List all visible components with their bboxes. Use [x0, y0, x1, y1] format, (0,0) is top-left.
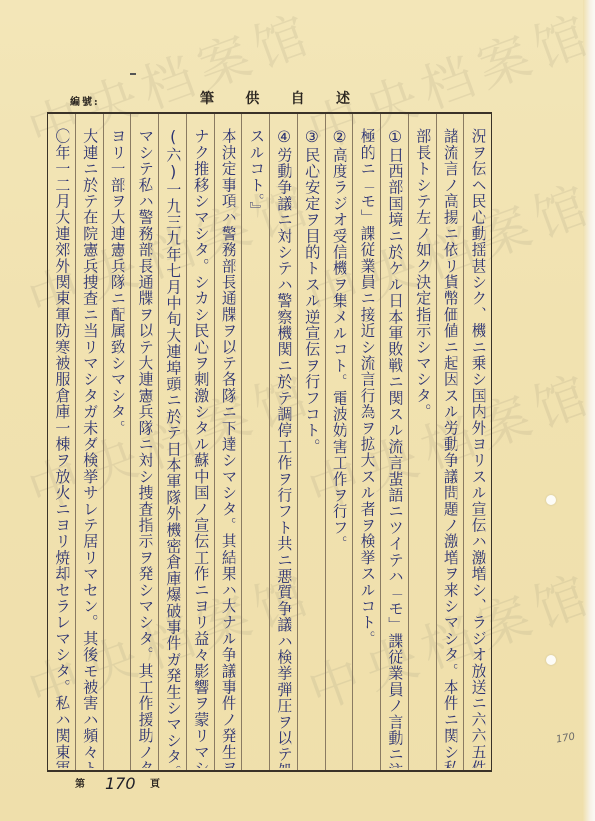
column-text: ①日西部国境ニ於ケル日本軍敗戦ニ関スル流言蜚語ニツイテハ「モ」諜従業員ノ言動ニ注… [387, 128, 403, 768]
manuscript-column: ①日西部国境ニ於ケル日本軍敗戦ニ関スル流言蜚語ニツイテハ「モ」諜従業員ノ言動ニ注… [380, 114, 408, 770]
page-edge [583, 0, 595, 821]
column-text: 況ヲ伝ヘ民心動揺甚シク、機ニ乗シ国内外ヨリスル宣伝ハ激増シ、ラジオ放送ニ六六五件… [470, 128, 486, 768]
manuscript-column: 況ヲ伝ヘ民心動揺甚シク、機ニ乗シ国内外ヨリスル宣伝ハ激増シ、ラジオ放送ニ六六五件… [463, 114, 491, 770]
manuscript-column: 〇年一二月大連郊外関東軍防寒被服倉庫一棟ヲ放火ニヨリ焼却セラレマシタ。私ハ関東軍… [48, 114, 75, 770]
column-text: 大連ニ於テ在院憲兵捜査ニ当リマシタガ未ダ検挙サレテ居リマセン。其後モ被害ハ頻々ト… [81, 128, 97, 768]
column-text: マシテ私ハ警務部長通牒ヲ以テ大連憲兵隊ニ対シ捜査指示ヲ発シマシタ。其工作援助ノタ… [137, 128, 153, 768]
column-text: (六)一九三九年七月中旬大連埠頭ニ於テ日本軍隊外機密倉庫爆破事件ガ発生シマシタ。… [165, 128, 181, 768]
column-text: ③民心安定ヲ目的トスル逆宣伝ヲ行フコト。 [303, 128, 319, 768]
manuscript-column: ③民心安定ヲ目的トスル逆宣伝ヲ行フコト。 [297, 114, 325, 770]
manuscript-column: ②高度ラジオ受信機ヲ集メルコト。電波妨害工作ヲ行フ。 [325, 114, 353, 770]
page-number: 170 [105, 774, 136, 793]
column-text: 部長トシテ左ノ如ク決定指示シマシタ。 [414, 128, 430, 768]
manuscript-column: ④労動争議ニ対シテハ警察機関ニ於テ調停工作ヲ行フト共ニ悪質争議ハ検挙弾圧ヲ以テ処… [269, 114, 297, 770]
punch-hole [546, 495, 556, 505]
page-prefix: 第 [75, 775, 85, 790]
title-char: 自 [291, 88, 305, 108]
pencil-mark [130, 73, 136, 75]
punch-hole [546, 655, 556, 665]
title-char: 述 [336, 88, 350, 108]
manuscript-column: 極的ニ「モ」諜従業員ニ接近シ流言行為ヲ拡大スル者ヲ検挙スルコト。 [352, 114, 380, 770]
manuscript-column: 部長トシテ左ノ如ク決定指示シマシタ。 [408, 114, 436, 770]
manuscript-column: (六)一九三九年七月中旬大連埠頭ニ於テ日本軍隊外機密倉庫爆破事件ガ発生シマシタ。… [158, 114, 186, 770]
manuscript-column: 大連ニ於テ在院憲兵捜査ニ当リマシタガ未ダ検挙サレテ居リマセン。其後モ被害ハ頻々ト… [75, 114, 103, 770]
column-text: ヨリ一部ヲ大連憲兵隊ニ配属致シマシタ。 [109, 128, 125, 768]
column-text: ④労動争議ニ対シテハ警察機関ニ於テ調停工作ヲ行フト共ニ悪質争議ハ検挙弾圧ヲ以テ処… [276, 128, 292, 768]
manuscript-column: 本決定事項ハ警務部長通牒ヲ以テ各隊ニ下達シマシタ。其結果ハ大ナル争議事件ノ発生ヲ… [214, 114, 242, 770]
column-text: スルコト。』 [248, 128, 264, 768]
title-char: 供 [245, 88, 259, 108]
column-text: ナク推移シマシタ。シカシ民心ヲ刺激シタル蘇中国ノ宣伝工作ニヨリ益々影響ヲ蒙リマシ… [192, 128, 208, 768]
column-text: 本決定事項ハ警務部長通牒ヲ以テ各隊ニ下達シマシタ。其結果ハ大ナル争議事件ノ発生ヲ… [220, 128, 236, 768]
title-char: 筆 [200, 88, 214, 108]
manuscript-column: 諸流言ノ高揚ニ依リ貨幣価値ニ起因スル労動争議問題ノ激増ヲ来シマシタ。本件ニ関シ私… [436, 114, 464, 770]
margin-page-note: 170 [555, 731, 576, 745]
column-text: 極的ニ「モ」諜従業員ニ接近シ流言行為ヲ拡大スル者ヲ検挙スルコト。 [359, 128, 375, 768]
serial-number-label: 編號: [70, 93, 100, 108]
column-text: 〇年一二月大連郊外関東軍防寒被服倉庫一棟ヲ放火ニヨリ焼却セラレマシタ。私ハ関東軍… [54, 128, 70, 768]
page-suffix: 頁 [150, 775, 160, 790]
manuscript-column: ヨリ一部ヲ大連憲兵隊ニ配属致シマシタ。 [103, 114, 131, 770]
column-text: ②高度ラジオ受信機ヲ集メルコト。電波妨害工作ヲ行フ。 [331, 128, 347, 768]
manuscript-column: スルコト。』 [241, 114, 269, 770]
manuscript-column: ナク推移シマシタ。シカシ民心ヲ刺激シタル蘇中国ノ宣伝工作ニヨリ益々影響ヲ蒙リマシ… [186, 114, 214, 770]
manuscript-grid: 況ヲ伝ヘ民心動揺甚シク、機ニ乗シ国内外ヨリスル宣伝ハ激増シ、ラジオ放送ニ六六五件… [47, 112, 492, 772]
document-title: 筆 供 自 述 [200, 88, 350, 108]
column-text: 諸流言ノ高揚ニ依リ貨幣価値ニ起因スル労動争議問題ノ激増ヲ来シマシタ。本件ニ関シ私… [442, 128, 458, 768]
manuscript-column: マシテ私ハ警務部長通牒ヲ以テ大連憲兵隊ニ対シ捜査指示ヲ発シマシタ。其工作援助ノタ… [130, 114, 158, 770]
document-page: 中央档案馆 中央档案馆 中央档案馆 中央档案馆 中央档案馆 中央档案馆 中央档案… [0, 0, 595, 821]
